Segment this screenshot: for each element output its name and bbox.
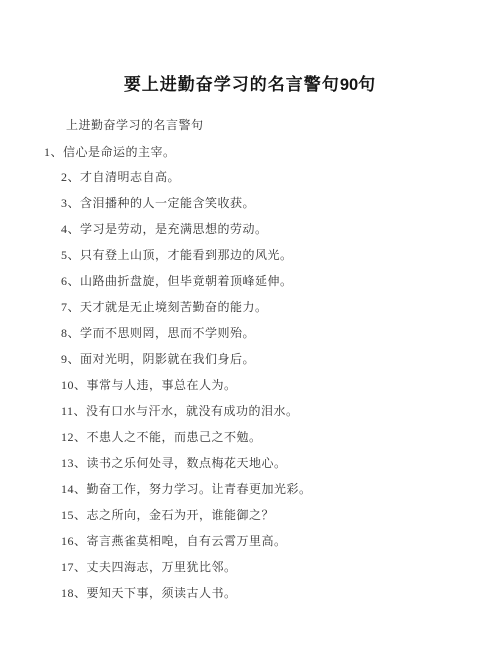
quote-item: 2、才自清明志自高。 (61, 164, 500, 190)
quote-item: 7、天才就是无止境刻苦勤奋的能力。 (61, 294, 500, 320)
quote-item: 13、读书之乐何处寻，数点梅花天地心。 (61, 450, 500, 476)
quote-item: 4、学习是劳动，是充满思想的劳动。 (61, 216, 500, 242)
document-page: 要上进勤奋学习的名言警句90句 上进勤奋学习的名言警句 1、信心是命运的主宰。 … (0, 0, 500, 647)
quote-item: 5、只有登上山顶，才能看到那边的风光。 (61, 242, 500, 268)
quote-item: 15、志之所向，金石为开，谁能御之？ (61, 502, 500, 528)
quote-item: 16、寄言燕雀莫相唣，自有云霄万里高。 (61, 528, 500, 554)
quote-item: 6、山路曲折盘旋，但毕竟朝着顶峰延伸。 (61, 268, 500, 294)
quote-item: 17、丈夫四海志，万里犹比邻。 (61, 554, 500, 580)
document-subtitle: 上进勤奋学习的名言警句 (66, 116, 500, 133)
quote-list: 1、信心是命运的主宰。 2、才自清明志自高。 3、含泪播种的人一定能含笑收获。 … (0, 140, 500, 606)
quote-item: 14、勤奋工作，努力学习。让青春更加光彩。 (61, 476, 500, 502)
quote-item: 3、含泪播种的人一定能含笑收获。 (61, 190, 500, 216)
page-title: 要上进勤奋学习的名言警句90句 (0, 0, 500, 95)
quote-item: 9、面对光明，阴影就在我们身后。 (61, 346, 500, 372)
page-title-number: 90 (340, 76, 358, 94)
quote-item: 10、事常与人违，事总在人为。 (61, 372, 500, 398)
quote-item: 11、没有口水与汗水，就没有成功的泪水。 (61, 398, 500, 424)
quote-item: 1、信心是命运的主宰。 (44, 140, 500, 164)
quote-item: 18、要知天下事，须读古人书。 (61, 580, 500, 606)
page-title-suffix: 句 (358, 75, 376, 94)
page-title-text: 要上进勤奋学习的名言警句 (124, 75, 340, 94)
quote-item: 12、不患人之不能，而患己之不勉。 (61, 424, 500, 450)
quote-item: 8、学而不思则罔，思而不学则殆。 (61, 320, 500, 346)
